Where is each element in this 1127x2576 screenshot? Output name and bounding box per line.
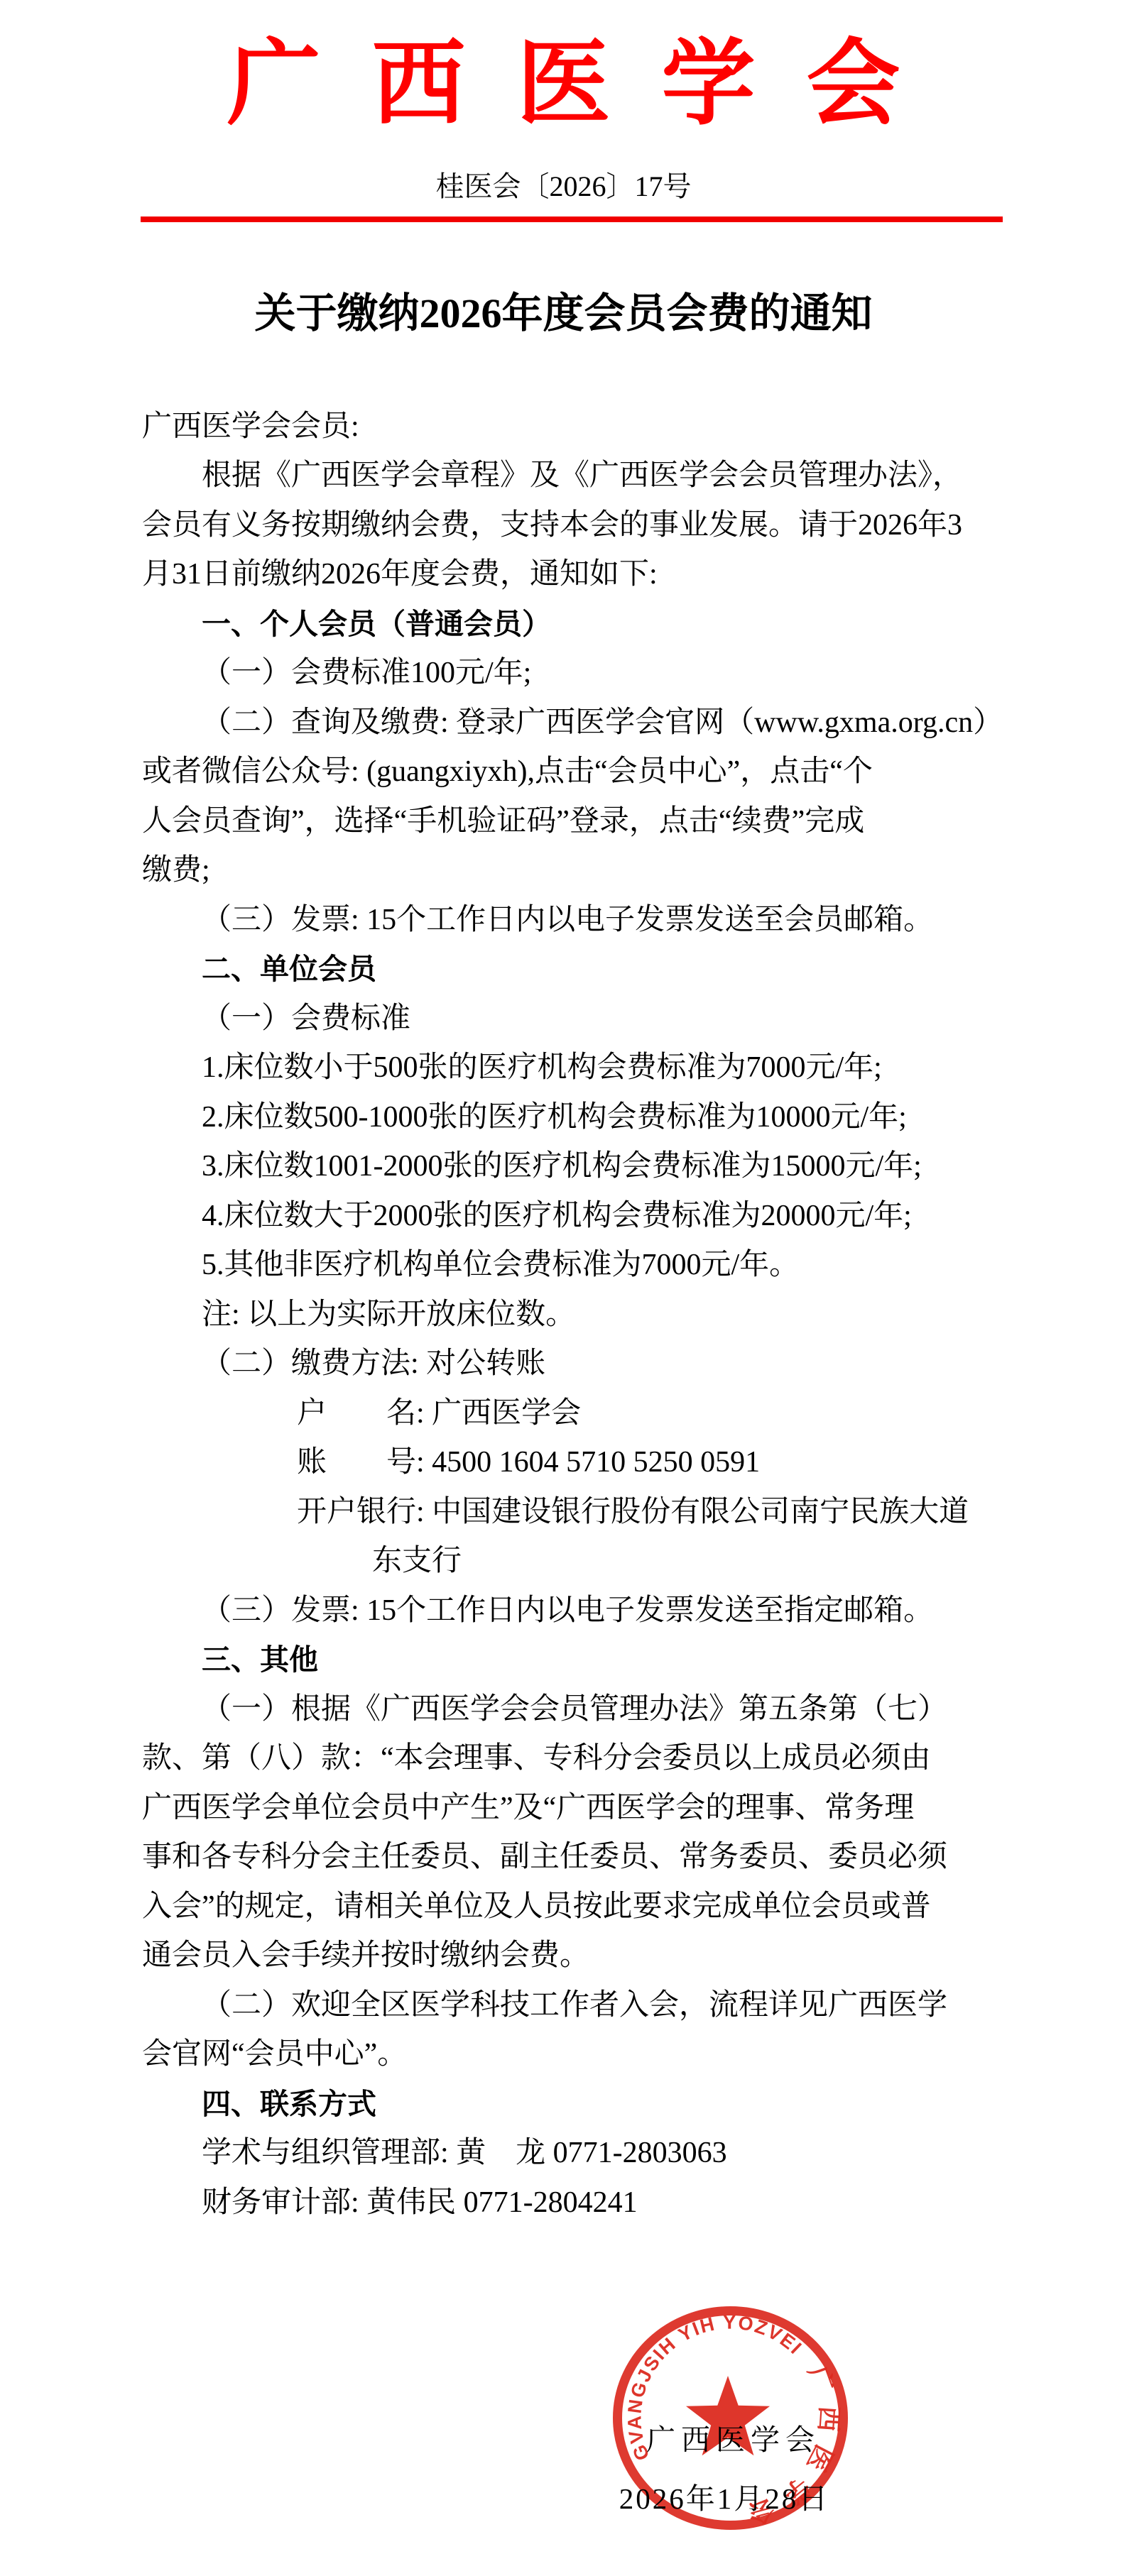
body-line: （一）根据《广西医学会会员管理办法》第五条第（七） bbox=[202, 1685, 1023, 1735]
notice-document: 广西医学会 桂医会〔2026〕17号 关于缴纳2026年度会员会费的通知 广西医… bbox=[0, 0, 1127, 2576]
body-line: 3.床位数1001-2000张的医疗机构会费标准为15000元/年; bbox=[202, 1142, 1023, 1192]
body-line: 人会员查询”，选择“手机验证码”登录，点击“续费”完成 bbox=[142, 797, 1023, 847]
org-title: 广西医学会 bbox=[0, 35, 1127, 134]
body-line: 广西医学会会员: bbox=[142, 402, 1023, 452]
body-line: 4.床位数大于2000张的医疗机构会费标准为20000元/年; bbox=[202, 1192, 1023, 1242]
body-line: 或者微信公众号: (guangxiyxh),点击“会员中心”，点击“个 bbox=[142, 747, 1023, 797]
body-line: 账 号: 4500 1604 5710 5250 0591 bbox=[297, 1438, 1023, 1488]
body-line: 学术与组织管理部: 黄 龙 0771-2803063 bbox=[202, 2129, 1023, 2178]
red-divider bbox=[141, 217, 1003, 222]
body-line: （二）缴费方法: 对公转账 bbox=[202, 1339, 1023, 1389]
section-heading: 二、单位会员 bbox=[202, 945, 1023, 994]
body-line: 东支行 bbox=[372, 1537, 1023, 1586]
body-line: 广西医学会单位会员中产生”及“广西医学会的理事、常务理 bbox=[142, 1784, 1023, 1834]
signature-org: 广西医学会 bbox=[609, 2416, 852, 2458]
notice-title: 关于缴纳2026年度会员会费的通知 bbox=[0, 293, 1127, 334]
body-line: 开户银行: 中国建设银行股份有限公司南宁民族大道 bbox=[297, 1488, 1023, 1538]
body-line: （三）发票: 15个工作日内以电子发票发送至会员邮箱。 bbox=[202, 896, 1023, 946]
body-line: 通会员入会手续并按时缴纳会费。 bbox=[142, 1931, 1023, 1981]
body-line: 入会”的规定，请相关单位及人员按此要求完成单位会员或普 bbox=[142, 1882, 1023, 1932]
body-line: 款、第（八）款：“本会理事、专科分会委员以上成员必须由 bbox=[142, 1734, 1023, 1784]
section-heading: 四、联系方式 bbox=[202, 2080, 1023, 2130]
doc-number: 桂医会〔2026〕17号 bbox=[0, 172, 1127, 201]
body-line: 5.其他非医疗机构单位会费标准为7000元/年。 bbox=[202, 1241, 1023, 1290]
body-line: （一）会费标准100元/年; bbox=[202, 649, 1023, 698]
notice-body: 广西医学会会员:根据《广西医学会章程》及《广西医学会会员管理办法》，会员有义务按… bbox=[142, 402, 1023, 2228]
body-line: 根据《广西医学会章程》及《广西医学会会员管理办法》， bbox=[202, 451, 1023, 501]
body-line: 2.床位数500-1000张的医疗机构会费标准为10000元/年; bbox=[202, 1093, 1023, 1143]
body-line: 会员有义务按期缴纳会费，支持本会的事业发展。请于2026年3 bbox=[142, 501, 1023, 551]
body-line: （一）会费标准 bbox=[202, 994, 1023, 1044]
body-line: 缴费; bbox=[142, 846, 1023, 896]
body-line: 1.床位数小于500张的医疗机构会费标准为7000元/年; bbox=[202, 1043, 1023, 1093]
body-line: （二）欢迎全区医学科技工作者入会，流程详见广西医学 bbox=[202, 1981, 1023, 2031]
signature-date: 2026年1月28日 bbox=[561, 2475, 888, 2517]
body-line: 月31日前缴纳2026年度会费，通知如下: bbox=[142, 550, 1023, 600]
body-line: 会官网“会员中心”。 bbox=[142, 2030, 1023, 2080]
body-line: 户 名: 广西医学会 bbox=[297, 1389, 1023, 1439]
body-line: 财务审计部: 黄伟民 0771-2804241 bbox=[202, 2178, 1023, 2228]
body-line: 注: 以上为实际开放床位数。 bbox=[202, 1290, 1023, 1340]
section-heading: 一、个人会员（普通会员） bbox=[202, 600, 1023, 650]
body-line: 事和各专科分会主任委员、副主任委员、常务委员、委员必须 bbox=[142, 1833, 1023, 1882]
body-line: （三）发票: 15个工作日内以电子发票发送至指定邮箱。 bbox=[202, 1586, 1023, 1636]
body-line: （二）查询及缴费: 登录广西医学会官网（www.gxma.org.cn） bbox=[202, 698, 1023, 748]
section-heading: 三、其他 bbox=[202, 1635, 1023, 1685]
